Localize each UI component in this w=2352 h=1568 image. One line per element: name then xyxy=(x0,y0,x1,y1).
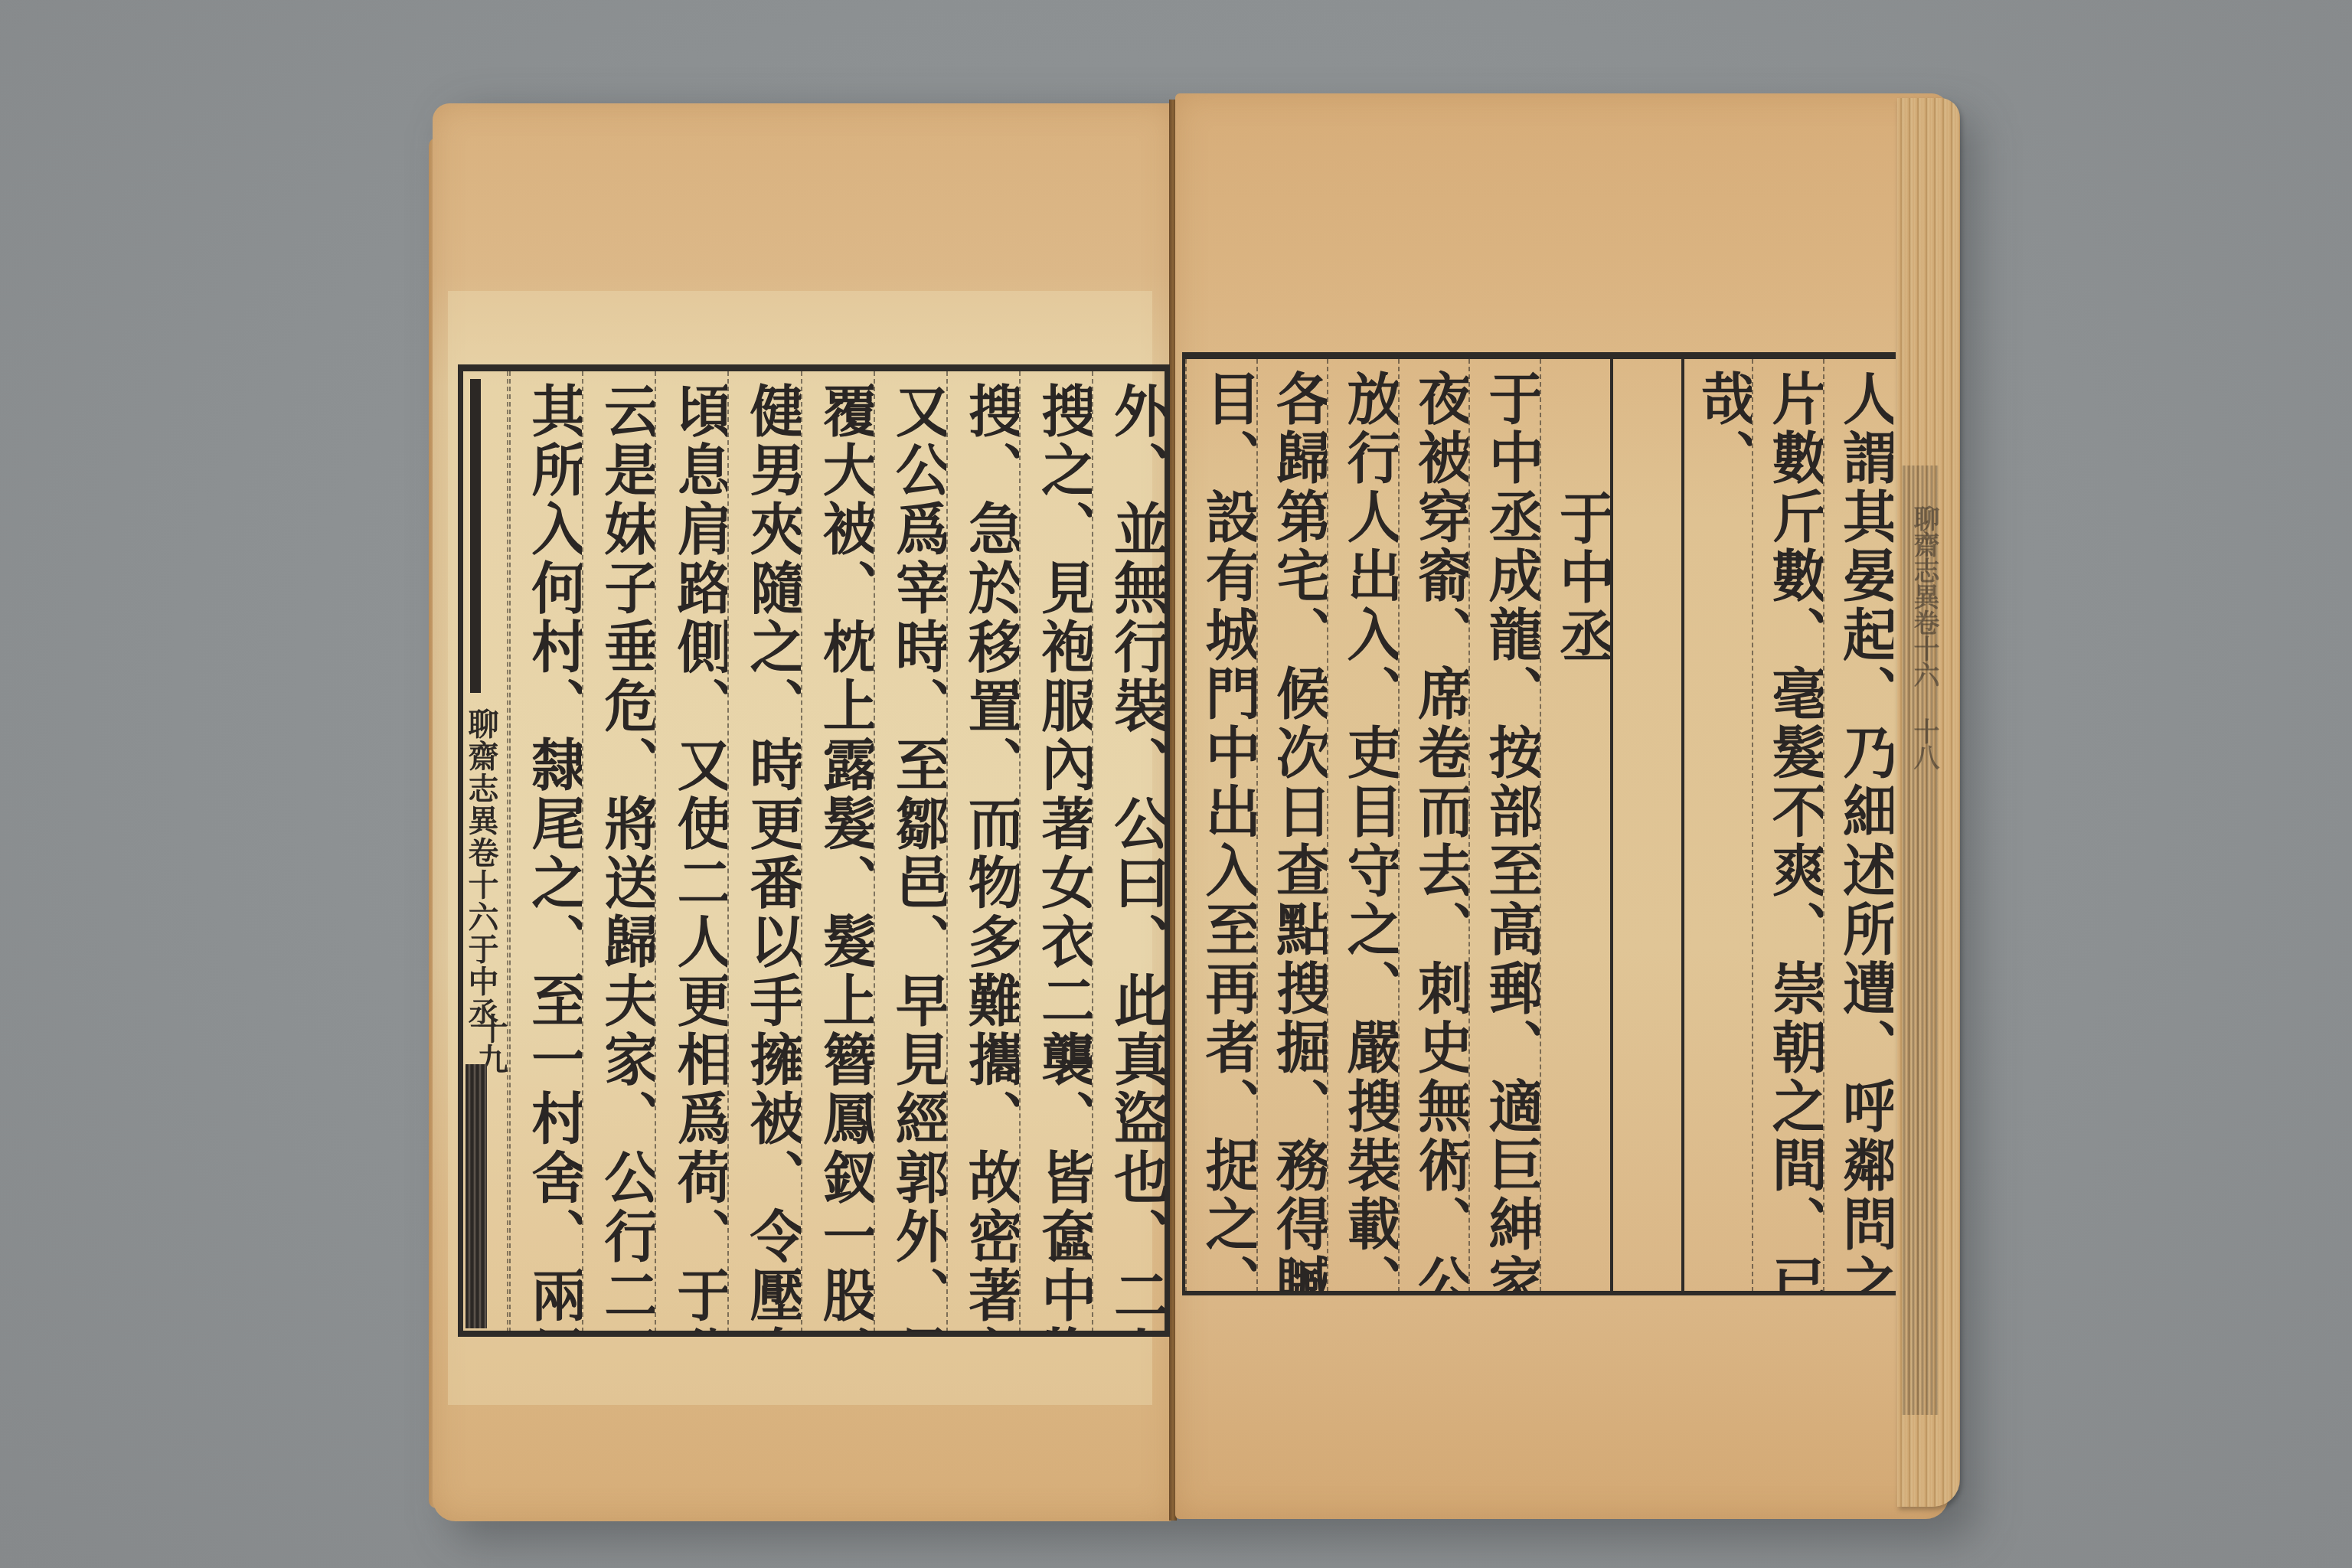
text-column: 頃息肩路側、又使二人更相爲荷、于公過、遣隸回問之、 xyxy=(655,371,727,1332)
text-column: 搜、急於移置、而物多難攜、故密著之、而屢出也、 xyxy=(946,371,1019,1332)
book-title-margin-label: 聊齋志異卷十六于中丞 xyxy=(465,708,496,1030)
text-column: 其所入何村、隸尾之、至一村舍、兩男子迎之而入、還以 xyxy=(509,371,582,1332)
text-column: 片數斤數、毫髮不爽、崇朝之間、已受凌遲一度、不亦奇 xyxy=(1752,359,1823,1292)
fish-tail-top-mark xyxy=(470,379,481,693)
text-column: 云是妹子垂危、將送歸夫家、公行二三里、又遣隸回覘 xyxy=(582,371,655,1332)
text-column: 于中丞成龍、按部至高郵、適巨紳家、將嫁女、粧奩甚富、 xyxy=(1468,359,1540,1292)
fish-tail-bottom-mark xyxy=(465,1064,487,1328)
text-column: 哉、 xyxy=(1681,359,1753,1292)
text-column: 目、設有城門中出入至再者、捉之、過午得二人、一身之 xyxy=(1185,359,1256,1292)
right-page-margin-label: 聊齋志異卷十六 十八 xyxy=(1906,505,1937,965)
left-page-text-block: 外、並無行裝、公曰、此真盜也、二人詭辯不已、公令解衣 搜之、見袍服內著女衣二襲、… xyxy=(509,371,1165,1332)
left-page-center-margin: 聊齋志異卷十六于中丞 十九 xyxy=(462,371,508,1332)
text-column: 搜之、見袍服內著女衣二襲、皆奩中物也、蓋恐次日大 xyxy=(1019,371,1092,1332)
text-column: 健男夾隨之、時更番以手擁被、令壓身底、似恐風入、少 xyxy=(727,371,800,1332)
text-column: 外、並無行裝、公曰、此真盜也、二人詭辯不已、公令解衣 xyxy=(1092,371,1165,1332)
text-column: 夜被穿窬、席卷而去、刺史無術、公令諸門閉、止留一門、 xyxy=(1398,359,1469,1292)
story-title: 于中丞 xyxy=(1540,359,1611,1292)
right-page-text-block: 人謂其晏起、乃細述所遭、呼鄰問之、則市肉方歸、言其 片數斤數、毫髮不爽、崇朝之間… xyxy=(1185,359,1893,1292)
text-column: 放行人出入、吏目守之、嚴搜裝載、又出示諭闔城戶口、 xyxy=(1327,359,1398,1292)
text-column: 覆大被、枕上露髮、髮上簪鳳釵一股、側眠牀上、有三四 xyxy=(801,371,874,1332)
text-column: 人謂其晏起、乃細述所遭、呼鄰問之、則市肉方歸、言其 xyxy=(1823,359,1894,1292)
photo-scene: 聊齋志異卷十六 十八 聊齋志異卷十六于中丞 十九 人謂其晏起、乃細述所遭、呼鄰問… xyxy=(0,0,2352,1568)
text-column: 各歸第宅、候次日查點搜掘、務得贓物所在、乃陰囑吏 xyxy=(1256,359,1328,1292)
text-column: 又公爲宰時、至鄒邑、早見經郭外、見二人以牀舁病人、 xyxy=(874,371,946,1332)
blank-column xyxy=(1610,359,1681,1292)
